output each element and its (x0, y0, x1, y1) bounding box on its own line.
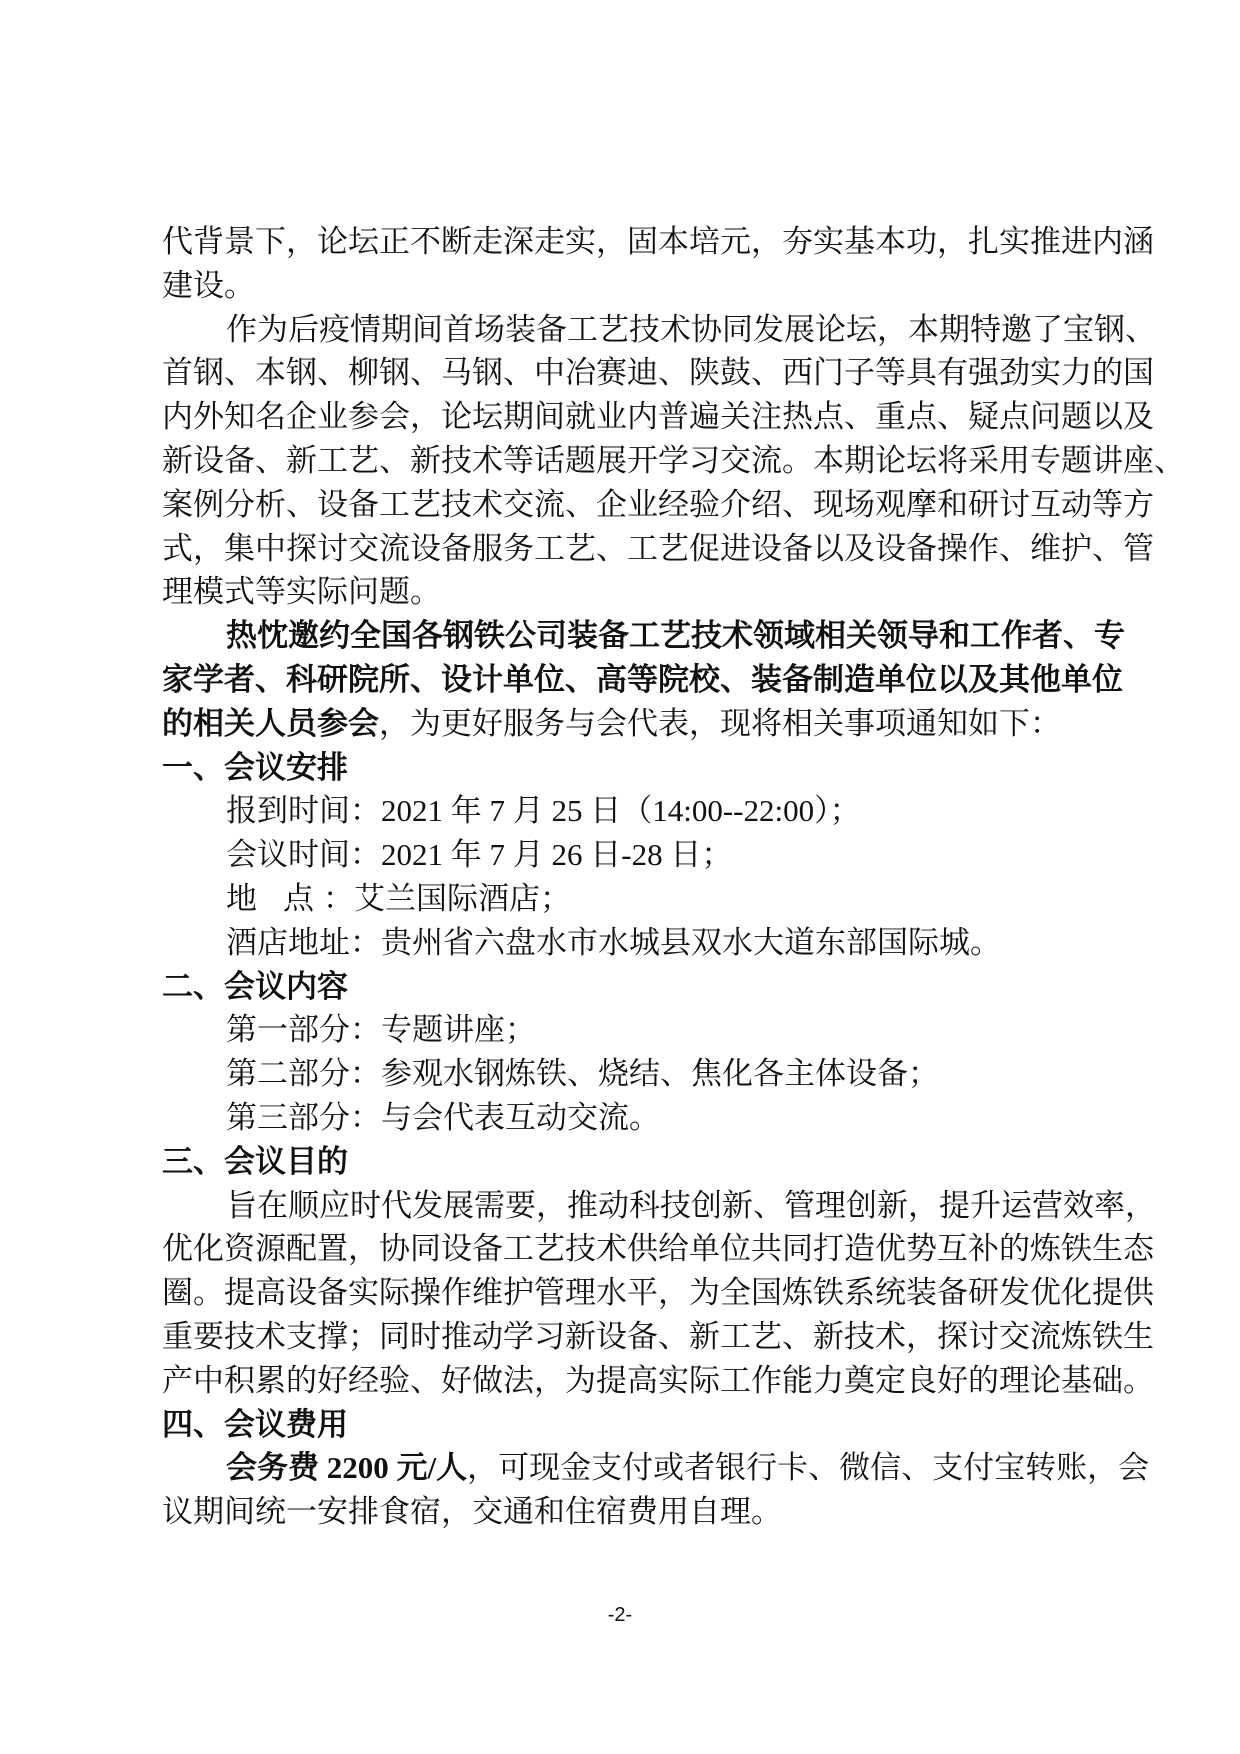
item-value: 与会代表互动交流。 (381, 1100, 660, 1135)
paragraph-line: 作为后疫情期间首场装备工艺技术协同发展论坛，本期特邀了宝钢、 (162, 308, 1078, 352)
invitation-line: 家学者、科研院所、设计单位、高等院校、装备制造单位以及其他单位 (162, 658, 1078, 702)
purpose-line: 优化资源配置，协同设备工艺技术供给单位共同打造优势互补的炼铁生态 (162, 1227, 1078, 1271)
paragraph-line: 理模式等实际问题。 (162, 570, 1078, 614)
invitation-line: 热忱邀约全国各钢铁公司装备工艺技术领域相关领导和工作者、专 (162, 614, 1078, 658)
item-value: 2021 年 7 月 26 日-28 日； (381, 837, 732, 872)
content-item-part-1: 第一部分：专题讲座； (162, 1008, 1078, 1052)
content-item-part-3: 第三部分：与会代表互动交流。 (162, 1096, 1078, 1140)
fee-amount: 会务费 2200 元/人 (226, 1450, 467, 1485)
purpose-line: 产中积累的好经验、好做法，为提高实际工作能力奠定良好的理论基础。 (162, 1359, 1078, 1403)
arrangement-item-meeting-time: 会议时间：2021 年 7 月 26 日-28 日； (162, 833, 1078, 877)
section-heading-purpose: 三、会议目的 (162, 1140, 1078, 1184)
content-item-part-2: 第二部分：参观水钢炼铁、烧结、焦化各主体设备； (162, 1052, 1078, 1096)
document-page: 代背景下，论坛正不断走深走实，固本培元，夯实基本功，扎实推进内涵 建设。 作为后… (162, 220, 1078, 1534)
item-label: 第二部分： (226, 1052, 381, 1096)
item-label-part: 点： (283, 881, 354, 916)
page-number: -2- (0, 1604, 1240, 1627)
item-value: 贵州省六盘水市水城县双水大道东部国际城。 (381, 925, 1001, 960)
invitation-line: 的相关人员参会，为更好服务与会代表，现将相关事项通知如下： (162, 702, 1078, 746)
paragraph-line: 新设备、新工艺、新技术等话题展开学习交流。本期论坛将采用专题讲座、 (162, 439, 1078, 483)
item-value: 艾兰国际酒店； (354, 881, 571, 916)
invitation-bold-text: 的相关人员参会 (162, 706, 379, 741)
item-value: 专题讲座； (381, 1012, 536, 1047)
item-label-part: 地 (226, 881, 266, 916)
section-heading-fees: 四、会议费用 (162, 1403, 1078, 1447)
fee-line: 议期间统一安排食宿，交通和住宿费用自理。 (162, 1490, 1078, 1534)
arrangement-item-location: 地 点：艾兰国际酒店； (162, 877, 1078, 921)
item-label: 会议时间： (226, 833, 381, 877)
item-label: 报到时间： (226, 789, 381, 833)
paragraph-line: 内外知名企业参会，论坛期间就业内普遍关注热点、重点、疑点问题以及 (162, 395, 1078, 439)
item-value: 参观水钢炼铁、烧结、焦化各主体设备； (381, 1056, 939, 1091)
paragraph-line: 式，集中探讨交流设备服务工艺、工艺促进设备以及设备操作、维护、管 (162, 527, 1078, 571)
paragraph-line: 建设。 (162, 264, 1078, 308)
invitation-normal-text: ，为更好服务与会代表，现将相关事项通知如下： (379, 706, 1061, 741)
arrangement-item-address: 酒店地址：贵州省六盘水市水城县双水大道东部国际城。 (162, 921, 1078, 965)
item-label: 地 点： (226, 877, 354, 921)
paragraph-line: 首钢、本钢、柳钢、马钢、中冶赛迪、陕鼓、西门子等具有强劲实力的国 (162, 351, 1078, 395)
fee-line: 会务费 2200 元/人，可现金支付或者银行卡、微信、支付宝转账，会 (162, 1446, 1078, 1490)
section-heading-content: 二、会议内容 (162, 965, 1078, 1009)
arrangement-item-checkin: 报到时间：2021 年 7 月 25 日（14:00--22:00）； (162, 789, 1078, 833)
purpose-line: 重要技术支撑；同时推动学习新设备、新工艺、新技术，探讨交流炼铁生 (162, 1315, 1078, 1359)
fee-payment-text: ，可现金支付或者银行卡、微信、支付宝转账，会 (467, 1450, 1149, 1485)
paragraph-line: 案例分析、设备工艺技术交流、企业经验介绍、现场观摩和研讨互动等方 (162, 483, 1078, 527)
item-value: 2021 年 7 月 25 日（14:00--22:00）； (381, 793, 861, 828)
item-label: 酒店地址： (226, 921, 381, 965)
paragraph-line: 代背景下，论坛正不断走深走实，固本培元，夯实基本功，扎实推进内涵 (162, 220, 1078, 264)
section-heading-arrangement: 一、会议安排 (162, 746, 1078, 790)
purpose-line: 旨在顺应时代发展需要，推动科技创新、管理创新，提升运营效率， (162, 1184, 1078, 1228)
item-label: 第一部分： (226, 1008, 381, 1052)
item-label: 第三部分： (226, 1096, 381, 1140)
purpose-line: 圈。提高设备实际操作维护管理水平，为全国炼铁系统装备研发优化提供 (162, 1271, 1078, 1315)
